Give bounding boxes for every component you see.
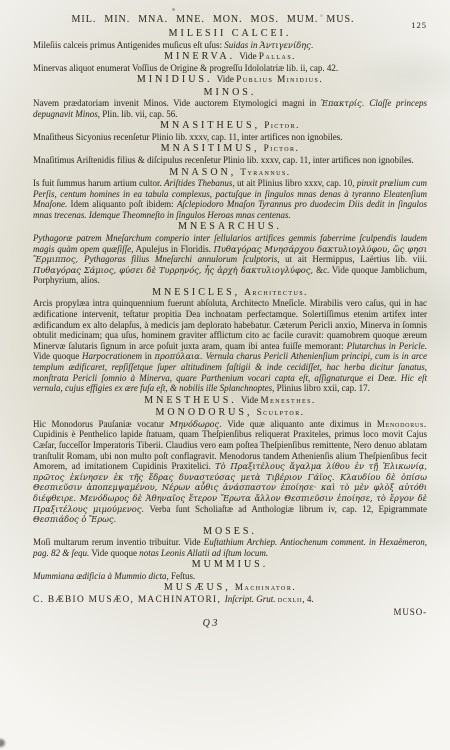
entry-moses: MOSES.Moſi multarum rerum inventio tribu… (33, 526, 427, 559)
entry-headword: MNESICLES, (152, 287, 240, 298)
body-segment: Θεσπιάδος ὁ Ἔρως. (33, 514, 116, 524)
body-segment: Vide quoque (33, 351, 82, 361)
entry-heading: MNASON,Tyrannus. (33, 167, 427, 179)
running-header: MIL. MIN. MNA. MNE. MON. MOS. MUM. MUS. (71, 14, 354, 25)
entry-mummius: MUMMIUS.Mummiana ædificia à Mummio dicta… (33, 559, 427, 581)
entry-headword: MINIDIUS. (137, 74, 213, 85)
entry-minidius: MINIDIUS.Vide Publius Minidius. (33, 74, 427, 86)
catchword: MUSO- (393, 607, 427, 617)
entry-headword: MNASITIMUS, (161, 143, 260, 154)
book-page: MIL. MIN. MNA. MNE. MON. MOS. MUM. MUS. … (0, 0, 450, 750)
entry-headword: MINERVA. (164, 51, 235, 62)
suffix-segment: Pallas. (259, 51, 296, 61)
entry-minos: MINOS.Navem prædatoriam invenit Minos. V… (33, 87, 427, 120)
entry-heading-suffix: Vide Menesthes. (241, 395, 316, 405)
entry-heading-suffix: Vide Pallas. (239, 51, 296, 61)
suffix-segment: Vide (217, 74, 237, 84)
paper-speck (172, 8, 175, 11)
body-segment: Navem prædatoriam invenit Minos. Vide au… (33, 98, 321, 108)
entry-body: C. BÆBIO MUSÆO, MACHINATORI, Inſcript. G… (33, 594, 427, 606)
entry-body: Mnaſitheus Sicyonius recenſetur Plinio l… (33, 132, 427, 143)
body-segment: , Apulejus in Floridis. (131, 244, 213, 254)
entry-heading-suffix: Machinator. (235, 582, 296, 592)
entry-headword: MILESII CALCEI. (169, 28, 292, 39)
suffix-segment: Vide (241, 395, 261, 405)
body-segment: Pythagoras filius Mneſarchi annulorum ſc… (84, 254, 277, 264)
entry-heading: MONODORUS,Sculptor. (33, 407, 427, 419)
entry-headword: MUSÆUS, (164, 582, 231, 593)
suffix-segment: Tyrannus. (240, 167, 290, 177)
entry-headword: MOSES. (203, 526, 257, 537)
body-segment: Verba ſunt Scholiaſtæ ad Anthologiæ libr… (150, 504, 427, 514)
entry-monodorus: MONODORUS,Sculptor.Hic Monodorus Pauſani… (33, 407, 427, 524)
body-segment: Plutarchus in Pericle. (347, 341, 427, 351)
entry-body: Hic Monodorus Pauſaniæ vocatur Μηνόδωρος… (33, 419, 427, 525)
entries-list: MILESII CALCEI.Mileſiis calceis primus A… (33, 28, 427, 606)
signature-mark: Q 3 (203, 618, 218, 629)
body-segment: Suidas in (224, 40, 260, 50)
body-segment: notas Leonis Allatii ad iſtum locum. (139, 548, 268, 558)
suffix-segment: Pictor. (264, 120, 300, 130)
suffix-segment: Machinator. (235, 582, 296, 592)
entry-mnason: MNASON,Tyrannus.Is fuit ſummus harum art… (33, 167, 427, 221)
body-segment: Idem aliquanto poſt ibidem: (67, 199, 177, 209)
body-segment: , Plinius libro xxii, cap. 17. (272, 383, 370, 393)
entry-headword: MUMMIUS. (192, 559, 269, 570)
entry-heading: MUSÆUS,Machinator. (33, 582, 427, 594)
body-segment: προπύλαια. (155, 351, 206, 361)
body-segment: Minervas aliquot enumerat Voſſius de Ori… (33, 63, 338, 73)
entry-mnesarchus: MNESARCHUS.Pythagoræ patrem Mneſarchum c… (33, 221, 427, 285)
suffix-segment: Vide (239, 51, 259, 61)
body-segment: Inſcript. Grut. (225, 594, 278, 604)
entry-mnasitimus: MNASITIMUS,Pictor.Mnaſitimus Ariſtenidis… (33, 143, 427, 165)
body-segment: in (142, 351, 155, 361)
body-segment: Πυθαγόρας Σάμιος, φύσει δὲ Τυρρηνός, ἧς … (33, 265, 316, 275)
body-segment: Ἐπακτρίς. (321, 98, 369, 108)
entry-milesii-calcei: MILESII CALCEI.Mileſiis calceis primus A… (33, 28, 427, 50)
page-number: 125 (411, 18, 427, 32)
body-segment: Moſi multarum rerum inventio tribuitur. … (33, 537, 204, 547)
body-segment: dcxlii (278, 594, 303, 604)
suffix-segment: Pictor. (264, 143, 300, 153)
suffix-segment: Sculptor. (257, 407, 305, 417)
entry-heading-suffix: Vide Publius Minidius. (217, 74, 324, 84)
body-segment: Vide quæ aliquanto ante diximus in (222, 419, 377, 429)
entry-heading: MILESII CALCEI. (33, 28, 427, 40)
body-segment: Hic Monodorus Pauſaniæ vocatur (33, 419, 170, 429)
entry-body: Mnaſitimus Ariſtenidis filius & diſcipul… (33, 155, 427, 166)
body-segment: , ut ait Plinius libro xxxv, cap. 10, (232, 178, 356, 188)
body-segment: Mnaſitimus Ariſtenidis filius & diſcipul… (33, 155, 414, 165)
entry-heading-suffix: Pictor. (264, 143, 300, 153)
body-segment: Mnaſitheus Sicyonius recenſetur Plinio l… (33, 132, 343, 142)
entry-heading: MINOS. (33, 87, 427, 99)
body-segment: , Feſtus. (167, 571, 196, 581)
entry-heading: MINERVA.Vide Pallas. (33, 51, 427, 63)
entry-heading: MUMMIUS. (33, 559, 427, 571)
running-header-row: MIL. MIN. MNA. MNE. MON. MOS. MUM. MUS. … (33, 13, 427, 27)
catchword-row: MUSO- (33, 607, 427, 618)
body-segment: Μηνόδωρος. (170, 419, 222, 429)
entry-headword: MNASITHEUS, (160, 120, 260, 131)
entry-headword: MNASON, (169, 167, 236, 178)
body-segment: Harpocrationem (82, 351, 142, 361)
entry-body: Mummiana ædificia à Mummio dicta, Feſtus… (33, 571, 427, 582)
entry-musæus: MUSÆUS,Machinator.C. BÆBIO MUSÆO, MACHIN… (33, 582, 427, 605)
body-segment: , ut ait Hermippus, Laërtius lib. viii. (277, 254, 427, 264)
entry-headword: MNESARCHUS. (178, 221, 282, 232)
entry-heading-suffix: Architectus. (244, 287, 308, 297)
entry-heading: MNESICLES,Architectus. (33, 287, 427, 299)
entry-body: Moſi multarum rerum inventio tribuitur. … (33, 537, 427, 558)
entry-headword: MONODORUS, (156, 407, 253, 418)
entry-heading-suffix: Sculptor. (257, 407, 305, 417)
body-segment: Ariſtides Thebanus (164, 178, 232, 188)
suffix-segment: Publius Minidius. (236, 74, 323, 84)
entry-minerva: MINERVA.Vide Pallas.Minervas aliquot enu… (33, 51, 427, 73)
entry-heading: MOSES. (33, 526, 427, 538)
body-segment: C. BÆBIO MUSÆO, MACHINATORI, (33, 595, 225, 605)
entry-body: Mileſiis calceis primus Antigenides muſi… (33, 40, 427, 51)
entry-body: Arcis propylæa intra quinquennium fuerun… (33, 298, 427, 393)
suffix-segment: Menesthes. (261, 395, 316, 405)
body-segment: , Plin. lib. vii, cap. 56. (98, 109, 178, 119)
entry-heading: MNESTHEUS.Vide Menesthes. (33, 395, 427, 407)
body-segment: Mummiana ædificia à Mummio dicta (33, 571, 167, 581)
body-segment: , 4. (302, 594, 313, 604)
entry-heading: MNASITHEUS,Pictor. (33, 120, 427, 132)
entry-body: Navem prædatoriam invenit Minos. Vide au… (33, 98, 427, 119)
body-segment: Is fuit ſummus harum artium cultor. (33, 178, 164, 188)
signature-row: Q 3 (33, 618, 387, 630)
entry-headword: MINOS. (204, 87, 257, 98)
entry-mnesicles: MNESICLES,Architectus.Arcis propylæa int… (33, 287, 427, 394)
body-segment: Mileſiis calceis primus Antigenides muſi… (33, 40, 224, 50)
body-segment: Ἀντιγενίδης. (260, 40, 314, 50)
entry-heading: MNASITIMUS,Pictor. (33, 143, 427, 155)
body-segment: Vide quoque (89, 548, 139, 558)
page-edge-stain (0, 739, 5, 747)
entry-headword: MNESTHEUS. (144, 395, 237, 406)
entry-body: Pythagoræ patrem Mneſarchum comperio int… (33, 233, 427, 286)
entry-heading-suffix: Pictor. (264, 120, 300, 130)
entry-heading-suffix: Tyrannus. (240, 167, 290, 177)
entry-mnestheus: MNESTHEUS.Vide Menesthes. (33, 395, 427, 407)
suffix-segment: Architectus. (244, 287, 308, 297)
entry-body: Is fuit ſummus harum artium cultor. Ariſ… (33, 178, 427, 220)
entry-body: Minervas aliquot enumerat Voſſius de Ori… (33, 63, 427, 74)
body-segment: Menodorus. (377, 419, 427, 429)
entry-mnasitheus: MNASITHEUS,Pictor.Mnaſitheus Sicyonius r… (33, 120, 427, 142)
entry-heading: MNESARCHUS. (33, 221, 427, 233)
entry-heading: MINIDIUS.Vide Publius Minidius. (33, 74, 427, 86)
